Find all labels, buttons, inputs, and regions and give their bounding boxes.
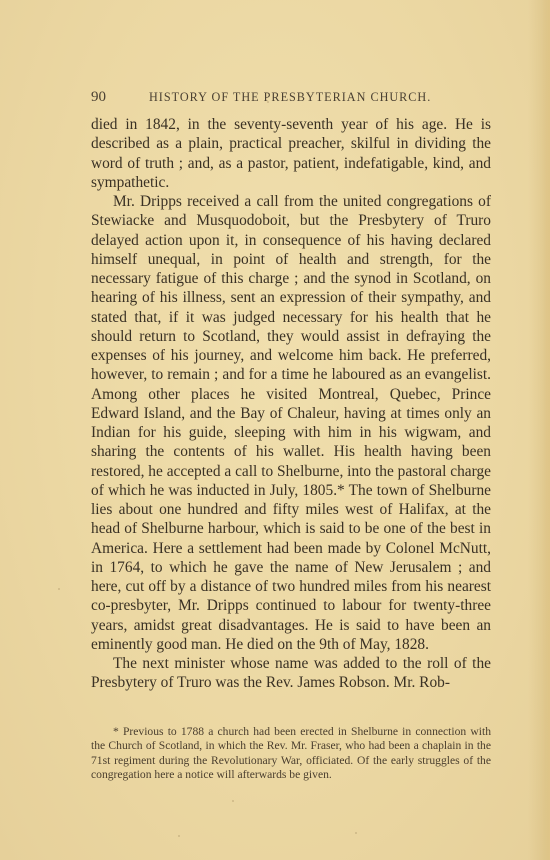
- footnotes: * Previous to 1788 a church had been ere…: [91, 725, 491, 782]
- page-edge-shadow: [542, 0, 550, 860]
- footnote: * Previous to 1788 a church had been ere…: [91, 725, 491, 782]
- paragraph: The next minister whose name was added t…: [91, 654, 491, 693]
- paper-speck: [232, 800, 234, 802]
- book-page: 90 HISTORY OF THE PRESBYTERIAN CHURCH. d…: [0, 0, 550, 860]
- paragraph: Mr. Dripps received a call from the unit…: [91, 192, 491, 654]
- page-number: 90: [91, 89, 106, 106]
- running-header: 90 HISTORY OF THE PRESBYTERIAN CHURCH.: [91, 89, 491, 109]
- paper-speck: [267, 101, 269, 103]
- paper-speck: [355, 832, 357, 834]
- paper-speck: [58, 588, 60, 590]
- running-title: HISTORY OF THE PRESBYTERIAN CHURCH.: [149, 90, 431, 105]
- paper-speck: [178, 835, 180, 837]
- paragraph: died in 1842, in the seventy-seventh yea…: [91, 115, 491, 192]
- body-text: died in 1842, in the seventy-seventh yea…: [91, 115, 491, 693]
